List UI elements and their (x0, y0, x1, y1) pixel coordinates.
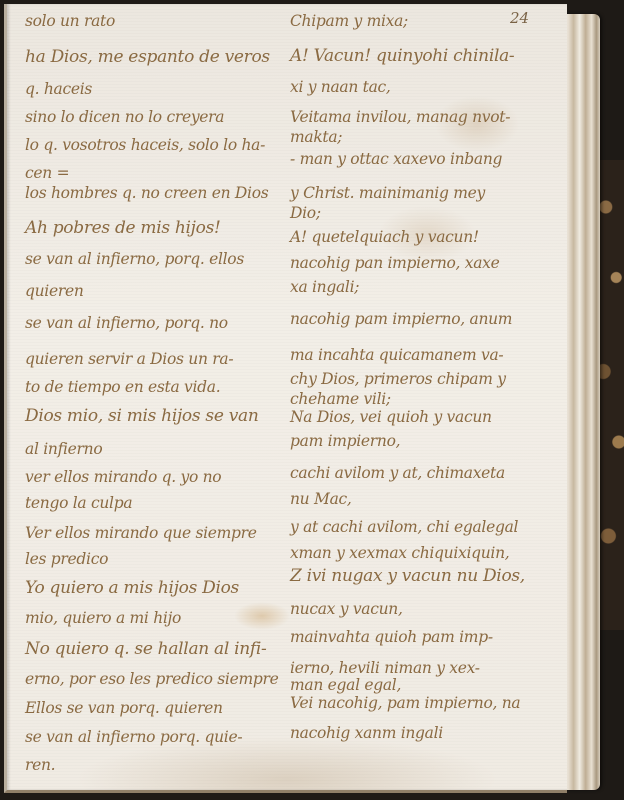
text-line: man egal egal, (290, 676, 401, 694)
text-line: Veitama invilou, manag nvot- (290, 108, 510, 126)
text-line: Ellos se van porq. quieren (25, 699, 223, 717)
manuscript-page: 24 solo un rato ha Dios, me espanto de v… (4, 4, 567, 793)
text-line: lo q. vosotros haceis, solo lo ha- (25, 136, 265, 154)
text-line: tengo la culpa (25, 494, 132, 512)
text-line: y at cachi avilom, chi egalegal (290, 518, 518, 536)
folio-number: 24 (510, 9, 529, 27)
text-line: cachi avilom y at, chimaxeta (290, 464, 505, 482)
text-line: Yo quiero a mis hijos Dios (25, 578, 239, 598)
text-line: Chipam y mixa; (290, 12, 408, 30)
text-line: mio, quiero a mi hijo (25, 609, 181, 627)
text-line: Ah pobres de mis hijos! (25, 218, 221, 238)
text-line: se van al infierno porq. quie- (25, 728, 242, 746)
text-line: A! quetelquiach y vacun! (290, 228, 479, 246)
text-line: al infierno (25, 440, 102, 458)
text-line: quieren servir a Dios un ra- (25, 350, 233, 368)
text-line: Vei nacohig, pam impierno, na (290, 694, 520, 712)
text-line: nacohig pam impierno, anum (290, 310, 512, 328)
text-line: solo un rato (25, 12, 115, 30)
text-line: Dio; (290, 204, 321, 222)
text-line: mainvahta quioh pam imp- (290, 628, 493, 646)
text-line: cen = (25, 164, 69, 182)
text-line: se van al infierno, porq. no (25, 314, 228, 332)
text-line: xi y naan tac, (290, 78, 391, 96)
text-line: - man y ottac xaxevo inbang (290, 150, 502, 168)
text-line: xman y xexmax chiquixiquin, (290, 544, 509, 562)
text-line: q. haceis (25, 80, 92, 98)
text-line: nucax y vacun, (290, 600, 403, 618)
text-line: nu Mac, (290, 490, 352, 508)
text-line: ren. (25, 756, 55, 774)
text-line: se van al infierno, porq. ellos (25, 250, 244, 268)
text-line: les predico (25, 550, 108, 568)
text-line: sino lo dicen no lo creyera (25, 108, 224, 126)
text-line: ma incahta quicamanem va- (290, 346, 503, 364)
text-line: los hombres q. no creen en Dios (25, 184, 268, 202)
text-line: makta; (290, 128, 342, 146)
text-line: chehame vili; (290, 390, 391, 408)
text-line: pam impierno, (290, 432, 400, 450)
text-line: Z ivi nugax y vacun nu Dios, (290, 566, 525, 586)
text-line: ver ellos mirando q. yo no (25, 468, 221, 486)
text-line: A! Vacun! quinyohi chinila- (290, 46, 514, 66)
text-line: nacohig xanm ingali (290, 724, 443, 742)
text-line: chy Dios, primeros chipam y (290, 370, 506, 388)
text-line: erno, por eso les predico siempre (25, 670, 278, 688)
text-line: Na Dios, vei quioh y vacun (290, 408, 492, 426)
text-line: nacohig pan impierno, xaxe (290, 254, 499, 272)
text-line: ierno, hevili niman y xex- (290, 659, 480, 677)
binding-background (598, 160, 624, 630)
text-line: ha Dios, me espanto de veros (25, 47, 270, 67)
text-line: xa ingali; (290, 278, 359, 296)
text-line: Ver ellos mirando que siempre (25, 524, 257, 542)
text-line: No quiero q. se hallan al infi- (25, 639, 266, 659)
text-line: Dios mio, si mis hijos se van (25, 406, 258, 426)
text-line: to de tiempo en esta vida. (25, 378, 220, 396)
text-line: y Christ. mainimanig mey (290, 184, 485, 202)
text-line: quieren (25, 282, 84, 300)
